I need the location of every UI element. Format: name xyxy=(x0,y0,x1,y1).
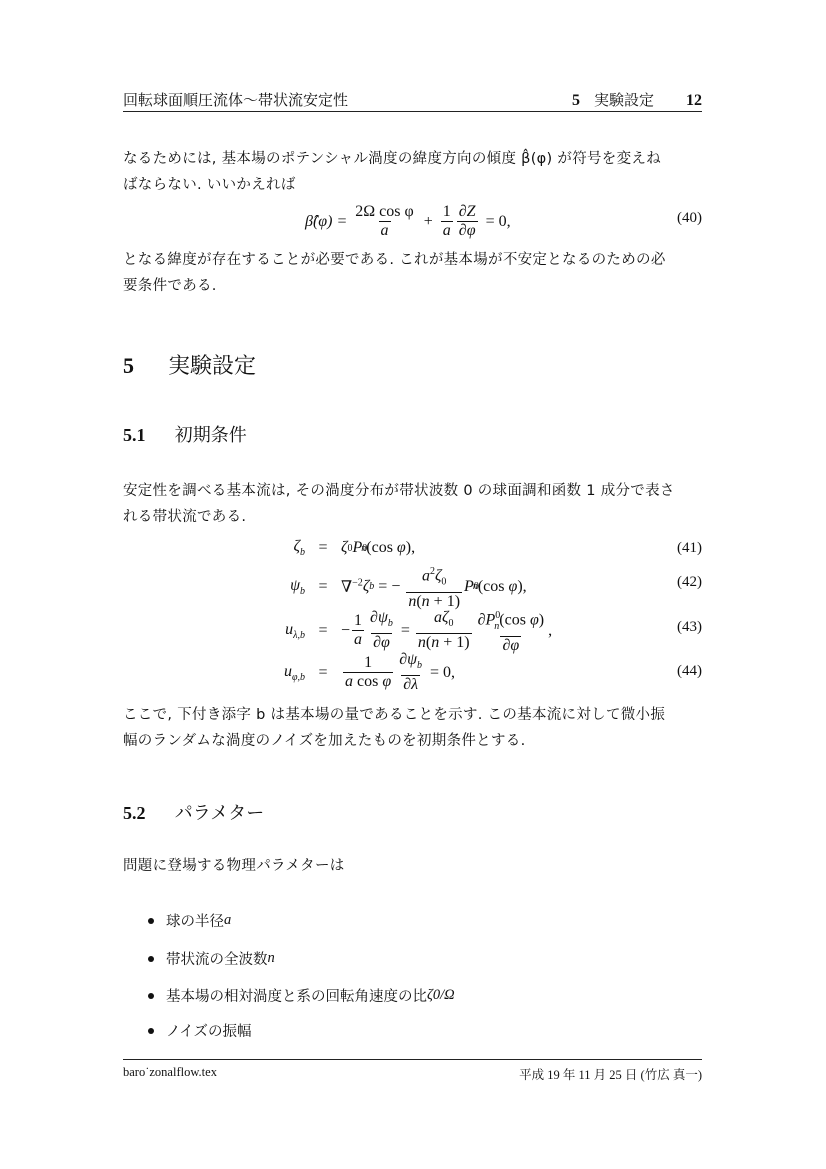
subsection-heading-5-1: 5.1 初期条件 xyxy=(123,421,247,447)
section-heading-5: 5 実験設定 xyxy=(123,349,256,380)
equation-number-42: (42) xyxy=(677,574,702,591)
eq40-frac3: ∂Z ∂φ xyxy=(457,203,478,240)
equation-number-40: (40) xyxy=(677,210,702,227)
equation-number-41: (41) xyxy=(677,540,702,557)
list-item: ノイズの振幅 xyxy=(148,1020,252,1041)
eq40-frac2: 1 a xyxy=(441,203,453,240)
equation-43: uλ,b= − 1a ∂ψb∂φ = aζ0n(n + 1) ∂P0n(cos … xyxy=(255,607,552,655)
eq40-lhs: β̂(φ) = xyxy=(305,213,347,231)
conclusion-line-2: 要条件である. xyxy=(123,273,703,299)
footer-date-author: 平成 19 年 11 月 25 日 (竹広 真一) xyxy=(519,1065,702,1083)
footer-rule xyxy=(123,1059,702,1060)
header-rule xyxy=(123,111,702,112)
initial-condition-paragraph: 安定性を調べる基本流は, その渦度分布が帯状波数 0 の球面調和函数 1 成分で… xyxy=(123,478,703,530)
header-section-title: 実験設定 xyxy=(594,89,654,110)
conclusion-paragraph: となる緯度が存在することが必要である. これが基本場が不安定となるのための必 要… xyxy=(123,247,703,299)
eq40-frac1: 2Ω cos φ a xyxy=(353,203,415,240)
page-number: 12 xyxy=(686,92,702,110)
equation-number-43: (43) xyxy=(677,619,702,636)
running-section: 5 実験設定 12 xyxy=(572,89,702,110)
equation-40: β̂(φ) = 2Ω cos φ a + 1 a ∂Z ∂φ = 0, xyxy=(305,203,511,240)
header-section-number: 5 xyxy=(572,92,580,110)
conclusion-line-1: となる緯度が存在することが必要である. これが基本場が不安定となるのための必 xyxy=(123,247,703,273)
equation-42: ψb= ∇−2ζb= − a2ζ0n(n + 1) P0n(cos φ), xyxy=(255,563,527,611)
equation-44: uφ,b= 1a cos φ ∂ψb∂λ = 0, xyxy=(255,651,455,694)
footer-filename: baro˙zonalflow.tex xyxy=(123,1065,217,1080)
equation-41: ζb= ζ0P0n(cos φ), xyxy=(255,538,415,558)
bullet-icon xyxy=(148,993,154,999)
intro-line-2: ばならない. いいかえれば xyxy=(123,172,703,198)
parameters-intro: 問題に登場する物理パラメターは xyxy=(123,853,703,879)
bullet-icon xyxy=(148,956,154,962)
list-item: 帯状流の全波数 n xyxy=(148,948,275,969)
intro-paragraph: なるためには, 基本場のポテンシャル渦度の緯度方向の傾度 β̂(φ) が符号を変… xyxy=(123,146,703,198)
subsection-heading-5-2: 5.2 パラメター xyxy=(123,799,264,825)
equation-number-44: (44) xyxy=(677,663,702,680)
subscript-explanation-paragraph: ここで, 下付き添字 b は基本場の量であることを示す. この基本流に対して微小… xyxy=(123,702,703,754)
list-item: 基本場の相対渦度と系の回転角速度の比 ζ0/Ω xyxy=(148,985,455,1006)
bullet-icon xyxy=(148,918,154,924)
list-item: 球の半径 a xyxy=(148,910,231,931)
running-title: 回転球面順圧流体〜帯状流安定性 xyxy=(123,89,348,110)
intro-line-1: なるためには, 基本場のポテンシャル渦度の緯度方向の傾度 β̂(φ) が符号を変… xyxy=(123,146,703,172)
bullet-icon xyxy=(148,1028,154,1034)
